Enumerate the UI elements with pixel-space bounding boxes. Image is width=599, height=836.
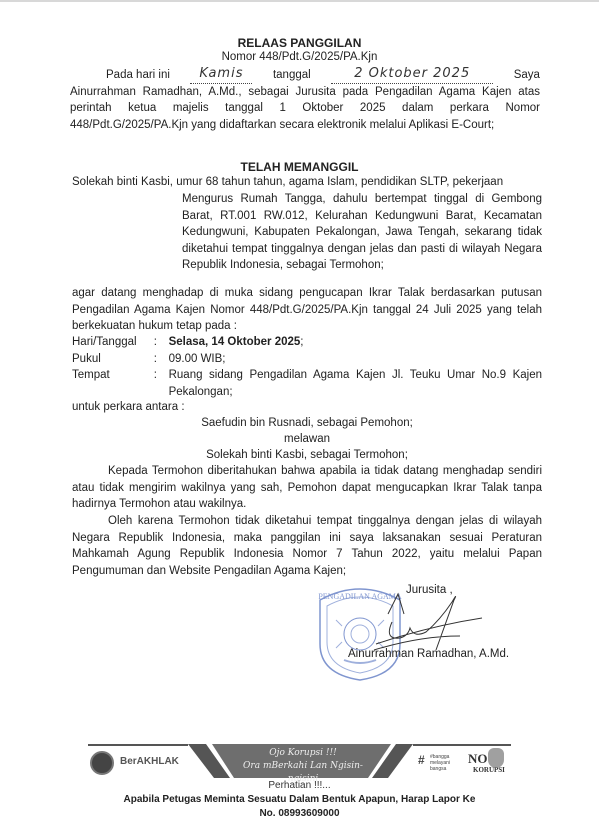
intro-prefix: Pada hari ini xyxy=(106,67,170,84)
report-phone: No. 08993609000 xyxy=(0,808,599,819)
slogan-line-1: Ojo Korupsi !!! xyxy=(228,747,378,760)
report-warning: Apabila Petugas Meminta Sesuatu Dalam Be… xyxy=(0,794,599,805)
termohon-line: Solekah binti Kasbi, sebagai Termohon; xyxy=(72,447,542,464)
intro-paragraph: Pada hari ini Kamis tanggal 2 Oktober 20… xyxy=(70,66,540,133)
berakhlak-logo: BerAKHLAK xyxy=(120,756,179,767)
schedule-row-time: Pukul : 09.00 WIB; xyxy=(72,351,542,368)
intro-rest: Ainurrahman Ramadhan, A.Md., sebagai Jur… xyxy=(70,84,540,134)
intro-suffix: Saya xyxy=(514,67,540,84)
schedule-label: Tempat xyxy=(72,367,154,400)
hashtag-icon: # xyxy=(418,753,425,767)
case-number: Nomor 448/Pdt.G/2025/PA.Kjn xyxy=(0,51,599,63)
section-heading: TELAH MEMANGGIL xyxy=(0,160,599,174)
notice-paragraph-2: Oleh karena Termohon tidak diketahui tem… xyxy=(72,513,542,579)
purpose-paragraph: agar datang menghadap di muka sidang pen… xyxy=(72,285,542,335)
schedule-label: Hari/Tanggal xyxy=(72,334,154,351)
schedule-colon: : xyxy=(154,351,169,368)
notice-paragraph-1: Kepada Termohon diberitahukan bahwa apab… xyxy=(72,463,542,513)
tanggal-label: tanggal xyxy=(273,67,311,84)
schedule-place-value: Ruang sidang Pengadilan Agama Kajen Jl. … xyxy=(169,367,542,400)
berakhlak-emblem-icon xyxy=(90,751,114,775)
schedule-colon: : xyxy=(154,367,169,400)
bangga-melayani-tag: #bangga melayani bangsa xyxy=(430,754,460,772)
schedule-label: Pukul xyxy=(72,351,154,368)
hand-stop-icon xyxy=(488,748,504,768)
summons-document: RELAAS PANGGILAN Nomor 448/Pdt.G/2025/PA… xyxy=(0,0,599,836)
signature-name: Ainurrahman Ramadhan, A.Md. xyxy=(348,648,509,660)
date-handwritten: 2 Oktober 2025 xyxy=(354,66,470,81)
date-field: 2 Oktober 2025 xyxy=(331,66,493,84)
versus-line: melawan xyxy=(72,431,542,448)
schedule-time-value: 09.00 WIB; xyxy=(169,351,542,368)
schedule-row-date: Hari/Tanggal : Selasa, 14 Oktober 2025; xyxy=(72,334,542,351)
party-details: Mengurus Rumah Tangga, dahulu bertempat … xyxy=(182,191,542,274)
case-between-label: untuk perkara antara : xyxy=(72,399,542,416)
attention-label: Perhatian !!!... xyxy=(0,780,599,791)
day-handwritten: Kamis xyxy=(199,66,243,81)
schedule-date-value: Selasa, 14 Oktober 2025 xyxy=(169,336,301,348)
document-title: RELAAS PANGGILAN xyxy=(0,36,599,50)
schedule-table: Hari/Tanggal : Selasa, 14 Oktober 2025; … xyxy=(72,334,542,400)
party-first-line: Solekah binti Kasbi, umur 68 tahun tahun… xyxy=(72,174,542,191)
anti-corruption-banner: BerAKHLAK Ojo Korupsi !!! Ora mBerkahi L… xyxy=(88,744,511,778)
schedule-colon: : xyxy=(154,334,169,351)
no-korupsi-bottom: KORUPSI xyxy=(473,766,505,774)
pemohon-line: Saefudin bin Rusnadi, sebagai Pemohon; xyxy=(72,415,542,432)
no-korupsi-top: NO xyxy=(468,751,488,767)
day-field: Kamis xyxy=(190,66,252,84)
schedule-row-place: Tempat : Ruang sidang Pengadilan Agama K… xyxy=(72,367,542,400)
